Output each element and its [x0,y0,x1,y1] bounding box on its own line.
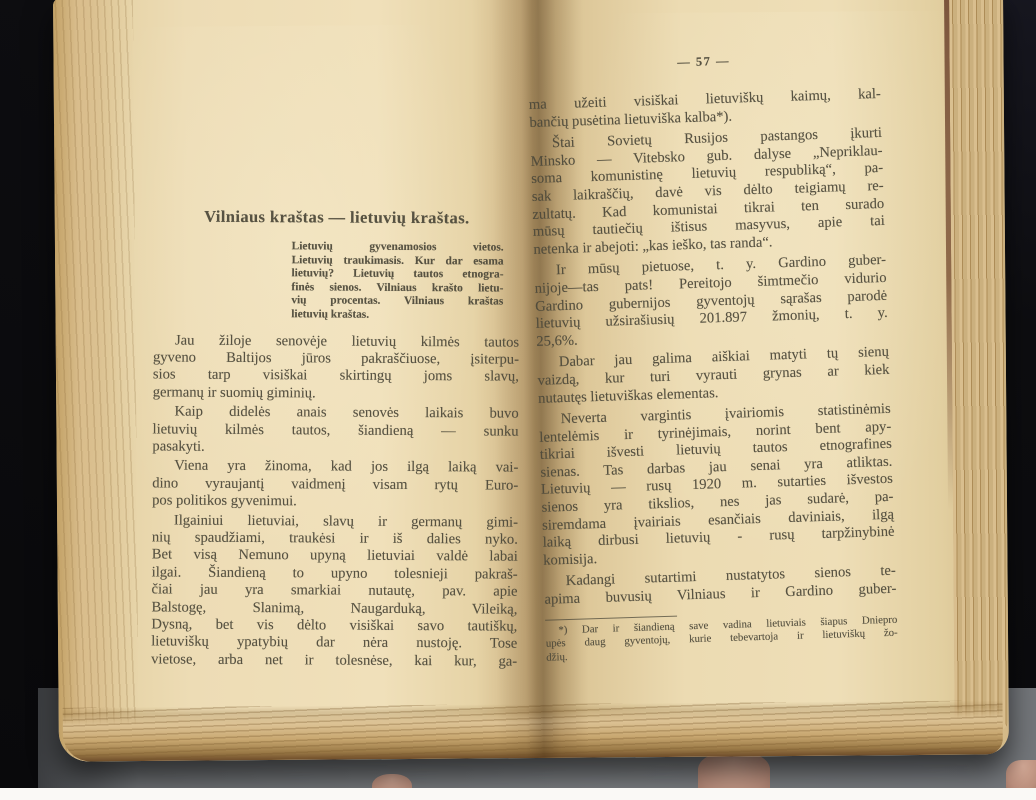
finger [1006,760,1036,790]
footnote-rule [545,615,677,620]
paragraph: Viena yra žinoma, kad jos ilgą laiką vai… [152,458,518,512]
paragraph: Ir mūsų pietuose, t. y. Gardino guber-ni… [534,252,889,351]
photo-bottom-strip [0,788,1036,800]
page-number: — 57 — [528,49,880,75]
paragraph: ma užeiti visiškai lietuviškų kaimų, kal… [529,86,882,132]
paragraph: Štai Sovietų Rusijos pastangos įkurtiMin… [530,125,886,259]
footnote-text: *) Dar ir šiandieną save vadina lietuvia… [545,613,898,665]
paragraph: Dabar jau galima aiškiai matyti tų sienų… [537,344,890,408]
paragraph: Ilgainiui lietuviai, slavų ir germanų gi… [151,512,518,671]
left-page: Vilniaus kraštas — lietuvių kraštas. Lie… [151,206,520,673]
bottom-page-edges [63,700,1003,761]
left-page-edges [53,0,139,762]
chapter-summary: Lietuvių gyvenamosios vietos.Lietuvių tr… [291,240,503,323]
chapter-heading: Vilniaus kraštas — lietuvių kraštas. [154,206,520,228]
right-page: — 57 — ma užeiti visiškai lietuviškų kai… [528,49,899,666]
book-photo: Vilniaus kraštas — lietuvių kraštas. Lie… [0,0,1036,800]
paragraph: Jau žiloje senovėje lietuvių kilmės taut… [153,332,519,404]
paragraph: Kaip didelės anais senovės laikais buvol… [152,404,518,458]
open-book: Vilniaus kraštas — lietuvių kraštas. Lie… [53,0,1009,762]
fore-edge-pages [949,0,1009,733]
paragraph: Neverta vargintis įvairiomis statistinėm… [539,401,896,570]
footnote: *) Dar ir šiandieną save vadina lietuvia… [545,608,898,665]
paragraph: Kadangi sutartimi nustatytos sienos te-a… [544,563,897,609]
